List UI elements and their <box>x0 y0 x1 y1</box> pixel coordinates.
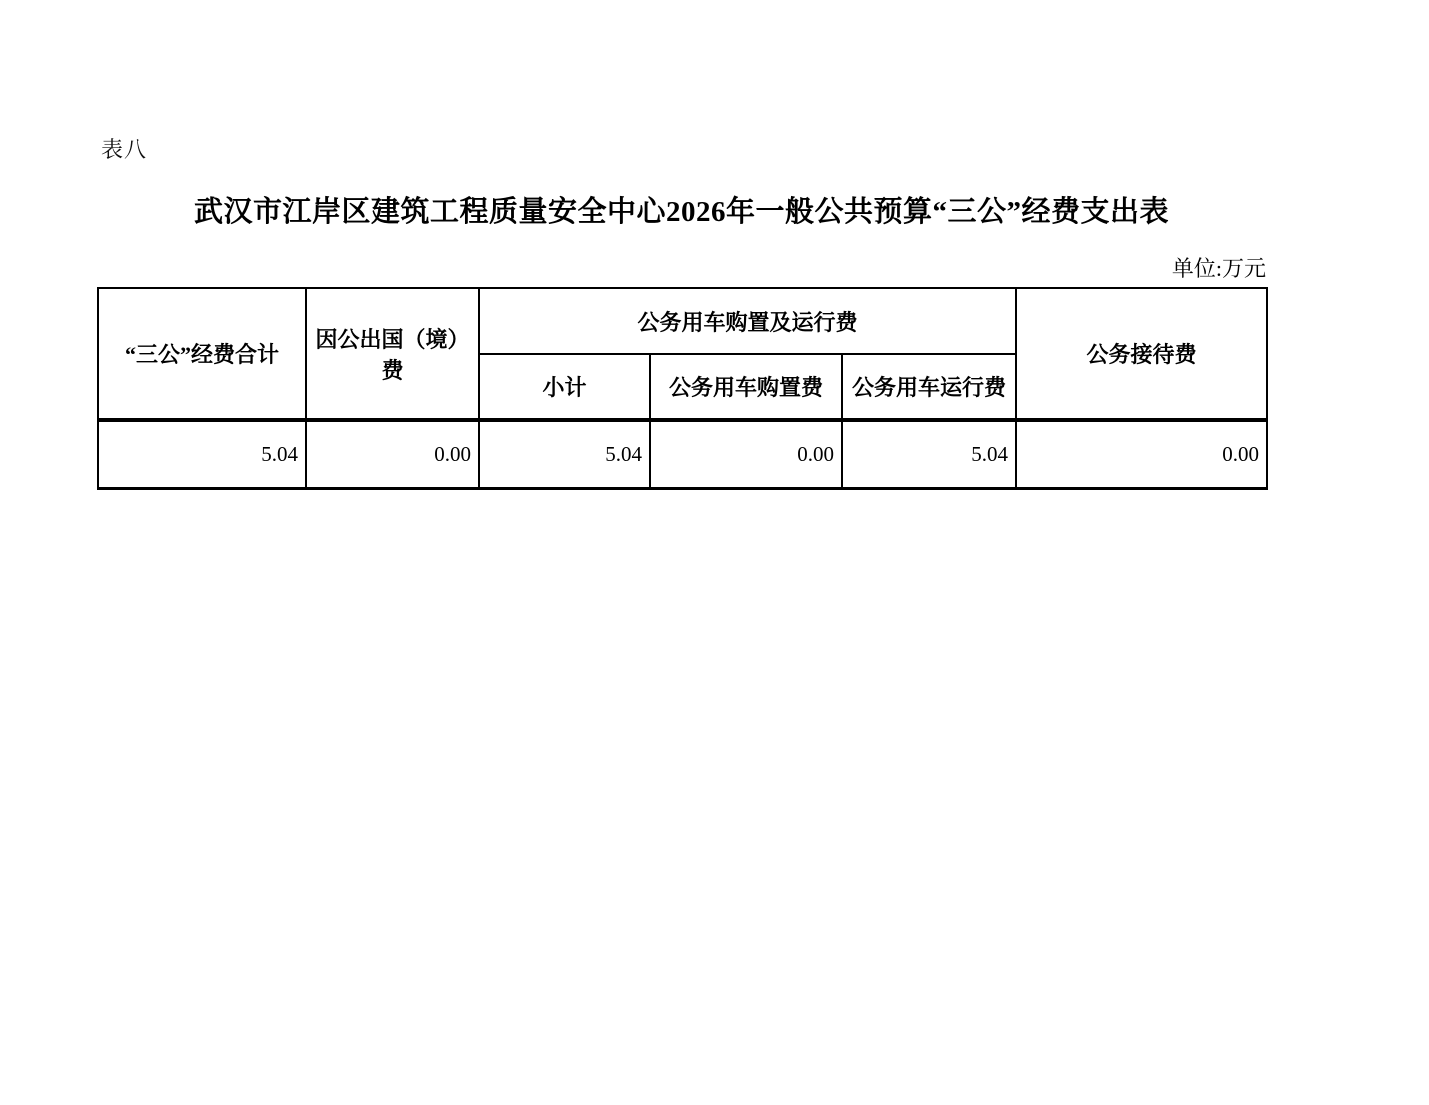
document-page: 表八 武汉市江岸区建筑工程质量安全中心2026年一般公共预算“三公”经费支出表 … <box>0 0 1429 1105</box>
cell-vehicle-subtotal: 5.04 <box>479 420 650 488</box>
cell-three-public-total: 5.04 <box>98 420 306 488</box>
unit-note: 单位:万元 <box>97 252 1266 283</box>
budget-table: “三公”经费合计 因公出国（境）费 公务用车购置及运行费 公务接待费 小计 公务… <box>97 287 1268 490</box>
header-vehicle-subtotal: 小计 <box>479 354 650 420</box>
document-title: 武汉市江岸区建筑工程质量安全中心2026年一般公共预算“三公”经费支出表 <box>97 189 1266 230</box>
header-row-group: “三公”经费合计 因公出国（境）费 公务用车购置及运行费 公务接待费 <box>98 288 1267 354</box>
header-official-reception: 公务接待费 <box>1016 288 1267 420</box>
header-vehicle-operation: 公务用车运行费 <box>842 354 1016 420</box>
header-abroad-expense: 因公出国（境）费 <box>306 288 479 420</box>
sheet-label: 表八 <box>101 133 147 164</box>
cell-official-reception: 0.00 <box>1016 420 1267 488</box>
header-vehicle-group: 公务用车购置及运行费 <box>479 288 1016 354</box>
cell-vehicle-operation: 5.04 <box>842 420 1016 488</box>
header-vehicle-purchase: 公务用车购置费 <box>650 354 842 420</box>
cell-abroad-expense: 0.00 <box>306 420 479 488</box>
cell-vehicle-purchase: 0.00 <box>650 420 842 488</box>
header-three-public-total: “三公”经费合计 <box>98 288 306 420</box>
table-row: 5.04 0.00 5.04 0.00 5.04 0.00 <box>98 420 1267 488</box>
